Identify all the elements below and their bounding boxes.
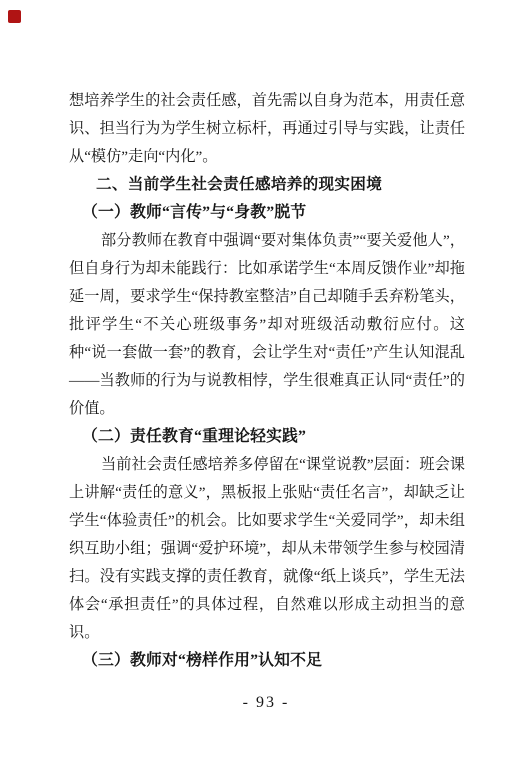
section-heading: （二）责任教育“重理论轻实践”	[69, 423, 465, 451]
section-heading: （三）教师对“榜样作用”认知不足	[69, 647, 465, 675]
section-heading: （一）教师“言传”与“身教”脱节	[69, 199, 465, 227]
paragraph: 部分教师在教育中强调“要对集体负责”“要关爱他人”，但自身行为却未能践行：比如承…	[69, 227, 465, 423]
paragraph: 当前社会责任感培养多停留在“课堂说教”层面：班会课上讲解“责任的意义”，黑板报上…	[69, 451, 465, 647]
page-number: - 93 -	[0, 694, 532, 712]
document-page: 想培养学生的社会责任感，首先需以自身为范本，用责任意识、担当行为为学生树立标杆，…	[0, 0, 532, 768]
red-corner-marker	[8, 10, 21, 23]
document-body: 想培养学生的社会责任感，首先需以自身为范本，用责任意识、担当行为为学生树立标杆，…	[69, 87, 465, 675]
paragraph: 想培养学生的社会责任感，首先需以自身为范本，用责任意识、担当行为为学生树立标杆，…	[69, 87, 465, 171]
section-heading: 二、当前学生社会责任感培养的现实困境	[69, 171, 465, 199]
